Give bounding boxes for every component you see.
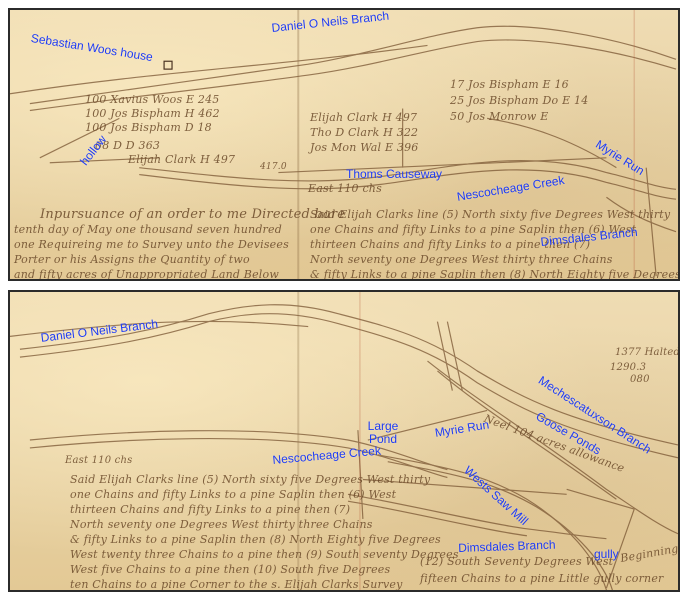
manuscript-line: & fifty Links to a pine Saplin then (8) … [310, 268, 680, 281]
manuscript-table-row: 25 Jos Bispham Do E 14 [450, 94, 588, 107]
manuscript-annotation: 080 [630, 374, 650, 385]
manuscript-line: North seventy one Degrees West thirty th… [310, 253, 613, 266]
manuscript-line: Said Elijah Clarks line (5) North sixty … [310, 208, 670, 221]
manuscript-line: thirteen Chains and fifty Links to a pin… [70, 503, 350, 516]
manuscript-line: & fifty Links to a pine Saplin then (8) … [70, 533, 441, 546]
manuscript-table-row: Elijah Clark H 497 [128, 153, 235, 166]
manuscript-annotation: East 110 chs [308, 182, 382, 195]
manuscript-line: one Requireing me to Survey unto the Dev… [14, 238, 289, 251]
manuscript-line: Said Elijah Clarks line (5) North sixty … [70, 473, 430, 486]
manuscript-line: fifteen Chains to a pine Little gully co… [420, 572, 664, 585]
manuscript-line: Porter or his Assigns the Quantity of tw… [14, 253, 250, 266]
manuscript-annotation: East 110 chs [65, 455, 132, 466]
label-thoms-causeway: Thoms Causeway [346, 168, 442, 181]
manuscript-table-row: 50 Jos Monrow E [450, 110, 548, 123]
manuscript-line: tenth day of May one thousand seven hund… [14, 223, 282, 236]
manuscript-line: one Chains and fifty Links to a pine Sap… [70, 488, 396, 501]
manuscript-table-row: 100 Xavius Woos E 245 [85, 93, 220, 106]
manuscript-table-row: Tho D Clark H 322 [310, 126, 418, 139]
label-gully: gully [594, 548, 619, 561]
manuscript-table-row: 100 Jos Bispham H 462 [85, 107, 220, 120]
manuscript-line: and fifty acres of Unappropriated Land B… [14, 268, 279, 281]
manuscript-table-row: 100 Jos Bispham D 18 [85, 121, 212, 134]
manuscript-annotation: 1290.3 [610, 362, 646, 373]
manuscript-table-row: Elijah Clark H 497 [310, 111, 417, 124]
manuscript-table-row: 17 Jos Bispham E 16 [450, 78, 569, 91]
manuscript-annotation: 1377 Halted [615, 347, 680, 358]
manuscript-line: West five Chains to a pine then (10) Sou… [70, 563, 390, 576]
manuscript-line: Inpursuance of an order to me Directed b… [40, 207, 345, 222]
map-panel-top: 100 Xavius Woos E 245 100 Jos Bispham H … [8, 8, 680, 281]
manuscript-annotation: 417.0 [260, 162, 287, 172]
manuscript-table-row: Jos Mon Wal E 396 [310, 141, 419, 154]
manuscript-line: West twenty three Chains to a pine then … [70, 548, 459, 561]
manuscript-line: North seventy one Degrees West thirty th… [70, 518, 373, 531]
label-large-pond: Large Pond [365, 420, 401, 446]
map-panel-bottom: East 110 chs Said Elijah Clarks line (5)… [8, 290, 680, 592]
manuscript-line: (12) South Seventy Degrees West [420, 555, 613, 568]
manuscript-line: ten Chains to a pine Corner to the s. El… [70, 578, 403, 591]
